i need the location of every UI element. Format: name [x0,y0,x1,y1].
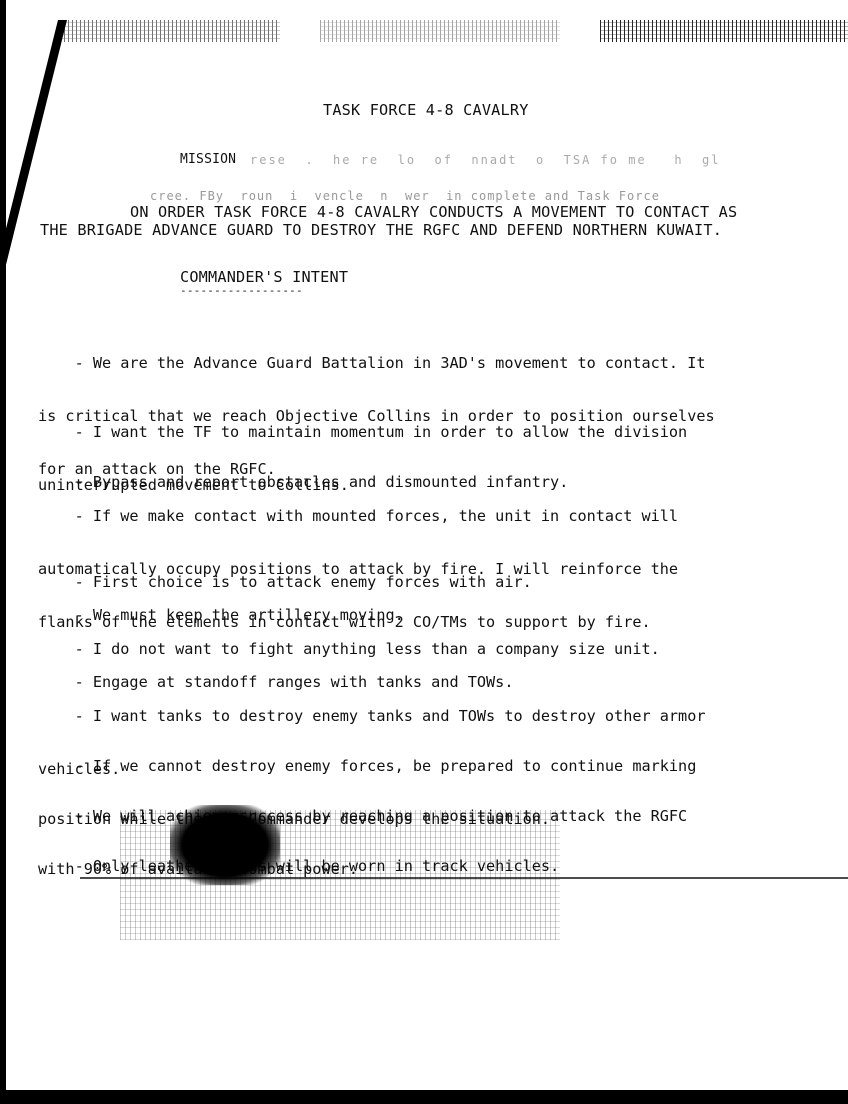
scan-noise-top-right [600,20,848,42]
scan-noise-top-center [320,20,560,42]
scan-left-border [0,0,6,1104]
mission-label: MISSION [180,152,236,167]
paragraph-line: - We are the Advance Guard Battalion in … [38,355,715,373]
paragraph-line: - If we make contact with mounted forces… [38,508,678,526]
mission-statement-line-2: THE BRIGADE ADVANCE GUARD TO DESTROY THE… [40,221,722,239]
scan-horizontal-rule [80,877,848,879]
scan-streak-mark [0,20,67,300]
mission-bleedthrough-text-2: cree. FBy roun i vencle n wer in complet… [150,189,660,203]
document-title: TASK FORCE 4-8 CAVALRY [323,101,529,119]
mission-bleedthrough-text: rese . he re lo of nnadt o TSA fo me h g… [250,153,720,167]
commanders-intent-underline: ------------------ [180,284,303,297]
scan-bottom-border [0,1090,848,1104]
scan-noise-top-left [60,20,280,42]
mission-statement-line-1: ON ORDER TASK FORCE 4-8 CAVALRY CONDUCTS… [130,203,737,221]
ink-blot [170,805,280,885]
